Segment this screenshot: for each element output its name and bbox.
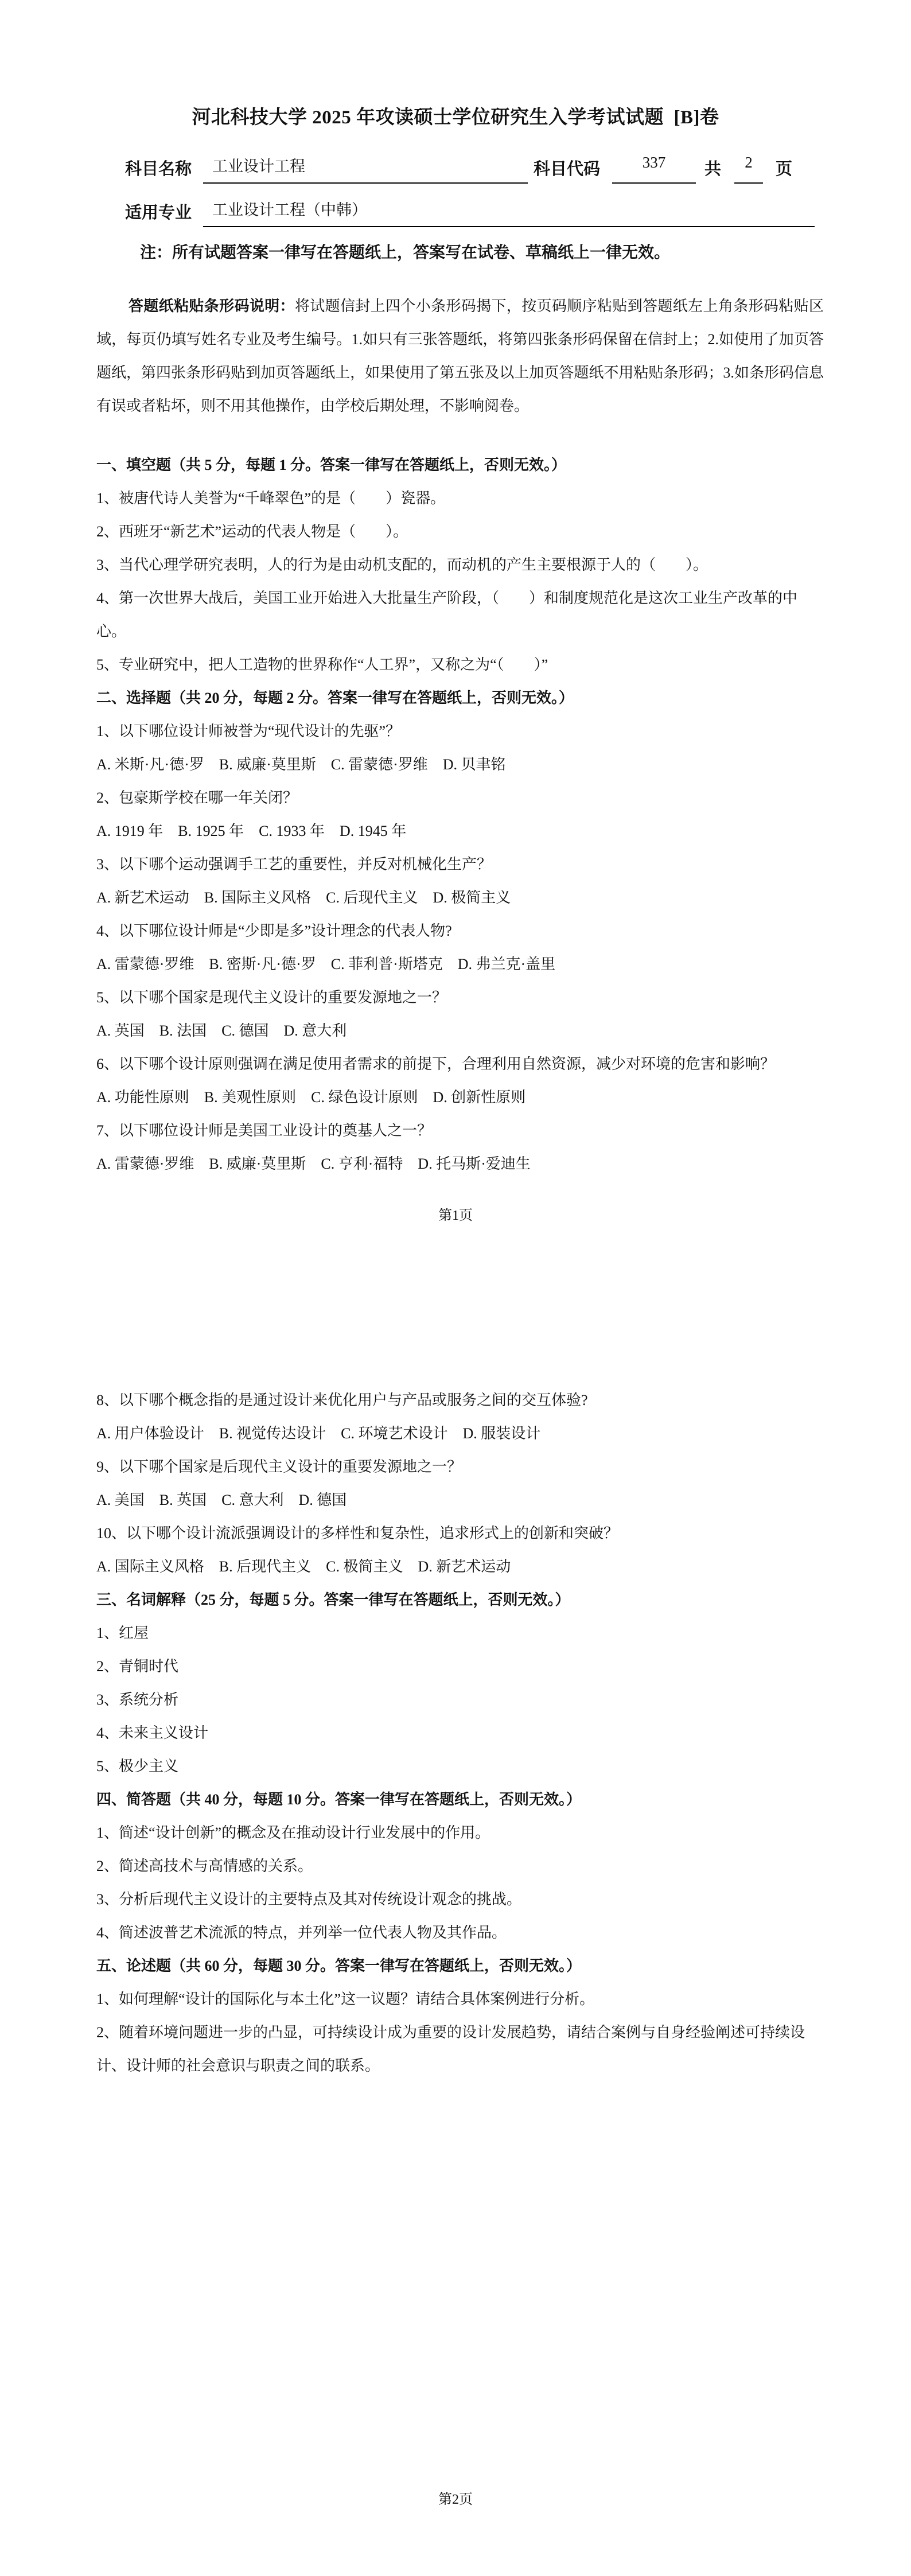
total-pages-count: 2: [745, 154, 753, 171]
choice-options-4: A. 雷蒙德·罗维 B. 密斯·凡·德·罗 C. 菲利普·斯塔克 D. 弗兰克·…: [96, 948, 824, 981]
terms-item-3: 3、系统分析: [96, 1683, 824, 1717]
terms-item-4: 4、未来主义设计: [96, 1717, 824, 1750]
choice-options-7: A. 雷蒙德·罗维 B. 威廉·莫里斯 C. 亨利·福特 D. 托马斯·爱迪生: [96, 1147, 824, 1181]
terms-item-1: 1、红屋: [96, 1617, 824, 1650]
choice-options-8: A. 用户体验设计 B. 视觉传达设计 C. 环境艺术设计 D. 服装设计: [96, 1417, 824, 1450]
subject-name-underline: 工业设计工程: [203, 150, 528, 184]
choice-question-6: 6、以下哪个设计原则强调在满足使用者需求的前提下，合理利用自然资源，减少对环境的…: [96, 1048, 824, 1081]
major-label: 适用专业: [125, 200, 192, 223]
total-pages-underline: 2: [734, 150, 763, 184]
subject-name-value: 工业设计工程: [212, 158, 305, 175]
choice-options-6: A. 功能性原则 B. 美观性原则 C. 绿色设计原则 D. 创新性原则: [96, 1081, 824, 1114]
essay-item-1: 1、如何理解“设计的国际化与本土化”这一议题？请结合具体案例进行分析。: [96, 1983, 824, 2016]
notice-line: 注：所有试题答案一律写在答题纸上，答案写在试卷、草稿纸上一律无效。: [140, 240, 670, 263]
essay-item-2: 2、随着环境问题进一步的凸显，可持续设计成为重要的设计发展趋势，请结合案例与自身…: [96, 2016, 824, 2083]
page-title: 河北科技大学 2025 年攻读硕士学位研究生入学考试试题 [B]卷: [0, 102, 911, 129]
choice-options-2: A. 1919 年 B. 1925 年 C. 1933 年 D. 1945 年: [96, 815, 824, 848]
choice-options-1: A. 米斯·凡·德·罗 B. 威廉·莫里斯 C. 雷蒙德·罗维 D. 贝聿铭: [96, 748, 824, 781]
short-item-3: 3、分析后现代主义设计的主要特点及其对传统设计观念的挑战。: [96, 1883, 824, 1916]
subject-name-label: 科目名称: [125, 156, 192, 180]
barcode-instruction: 答题纸粘贴条形码说明：将试题信封上四个小条形码揭下，按页码顺序粘贴到答题纸左上角…: [96, 290, 824, 423]
section-choice-heading: 二、选择题（共 20 分，每题 2 分。答案一律写在答题纸上，否则无效。）: [96, 682, 824, 715]
total-pages-suffix: 页: [776, 156, 792, 180]
choice-question-8: 8、以下哪个概念指的是通过设计来优化用户与产品或服务之间的交互体验?: [96, 1384, 824, 1417]
barcode-instruction-lead: 答题纸粘贴条形码说明：: [129, 298, 295, 314]
header-table: 科目名称 工业设计工程 科目代码 337 共 2 页 适用专业 工业设计工程（中…: [0, 145, 911, 242]
fill-item-1: 1、被唐代诗人美誉为“千峰翠色”的是（ ）瓷器。: [96, 482, 824, 515]
fill-item-5: 5、专业研究中，把人工造物的世界称作“人工界”，又称之为“（ ）”: [96, 648, 824, 682]
choice-options-5: A. 英国 B. 法国 C. 德国 D. 意大利: [96, 1014, 824, 1048]
page1-footer: 第1页: [0, 1199, 911, 1232]
choice-question-4: 4、以下哪位设计师是“少即是多”设计理念的代表人物?: [96, 915, 824, 948]
short-item-4: 4、简述波普艺术流派的特点，并列举一位代表人物及其作品。: [96, 1916, 824, 1949]
section-essay-heading: 五、论述题（共 60 分，每题 30 分。答案一律写在答题纸上，否则无效。）: [96, 1949, 824, 1983]
choice-options-10: A. 国际主义风格 B. 后现代主义 C. 极简主义 D. 新艺术运动: [96, 1550, 824, 1583]
subject-code-value: 337: [643, 154, 666, 171]
choice-question-2: 2、包豪斯学校在哪一年关闭？: [96, 781, 824, 815]
choice-question-3: 3、以下哪个运动强调手工艺的重要性，并反对机械化生产？: [96, 848, 824, 881]
short-item-1: 1、简述“设计创新”的概念及在推动设计行业发展中的作用。: [96, 1816, 824, 1850]
page2-body: 8、以下哪个概念指的是通过设计来优化用户与产品或服务之间的交互体验? A. 用户…: [96, 1384, 824, 2083]
choice-question-10: 10、以下哪个设计流派强调设计的多样性和复杂性，追求形式上的创新和突破？: [96, 1517, 824, 1550]
major-underline: 工业设计工程（中韩）: [203, 194, 815, 227]
total-pages-prefix: 共: [704, 156, 721, 180]
major-value: 工业设计工程（中韩）: [212, 201, 367, 219]
page1-body: 一、填空题（共 5 分，每题 1 分。答案一律写在答题纸上，否则无效。） 1、被…: [96, 449, 824, 1181]
fill-item-2: 2、西班牙“新艺术”运动的代表人物是（ ）。: [96, 515, 824, 548]
barcode-instruction-body: 将试题信封上四个小条形码揭下，按页码顺序粘贴到答题纸左上角条形码粘贴区域，每页仍…: [96, 298, 824, 414]
choice-question-9: 9、以下哪个国家是后现代主义设计的重要发源地之一？: [96, 1450, 824, 1484]
page2-footer: 第2页: [0, 2483, 911, 2516]
subject-code-label: 科目代码: [534, 156, 600, 180]
choice-question-1: 1、以下哪位设计师被誉为“现代设计的先驱”？: [96, 715, 824, 748]
fill-item-3: 3、当代心理学研究表明，人的行为是由动机支配的，而动机的产生主要根源于人的（ ）…: [96, 548, 824, 582]
section-short-heading: 四、简答题（共 40 分，每题 10 分。答案一律写在答题纸上，否则无效。）: [96, 1783, 824, 1816]
terms-item-5: 5、极少主义: [96, 1750, 824, 1783]
short-item-2: 2、简述高技术与高情感的关系。: [96, 1850, 824, 1883]
section-fill-heading: 一、填空题（共 5 分，每题 1 分。答案一律写在答题纸上，否则无效。）: [96, 449, 824, 482]
choice-options-3: A. 新艺术运动 B. 国际主义风格 C. 后现代主义 D. 极简主义: [96, 881, 824, 915]
exam-paper-page: 河北科技大学 2025 年攻读硕士学位研究生入学考试试题 [B]卷 科目名称 工…: [0, 0, 911, 2576]
choice-options-9: A. 美国 B. 英国 C. 意大利 D. 德国: [96, 1484, 824, 1517]
choice-question-7: 7、以下哪位设计师是美国工业设计的奠基人之一？: [96, 1114, 824, 1147]
fill-item-4: 4、第一次世界大战后，美国工业开始进入大批量生产阶段，（ ）和制度规范化是这次工…: [96, 582, 824, 648]
terms-item-2: 2、青铜时代: [96, 1650, 824, 1683]
subject-code-underline: 337: [612, 150, 696, 184]
section-terms-heading: 三、名词解释（25 分，每题 5 分。答案一律写在答题纸上，否则无效。）: [96, 1583, 824, 1617]
choice-question-5: 5、以下哪个国家是现代主义设计的重要发源地之一？: [96, 981, 824, 1014]
